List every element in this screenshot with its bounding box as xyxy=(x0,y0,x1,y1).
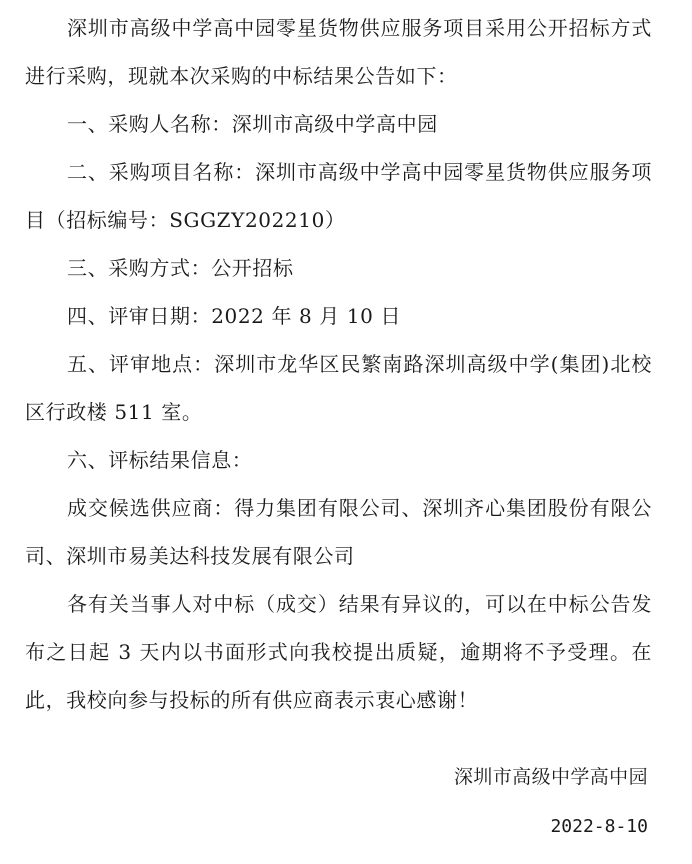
signature-date: 2022-8-10 xyxy=(550,815,648,839)
closing-paragraph: 各有关当事人对中标（成交）结果有异议的，可以在中标公告发布之日起 3 天内以书面… xyxy=(25,580,652,724)
item-method: 三、采购方式：公开招标 xyxy=(25,244,652,292)
item-result-heading: 六、评标结果信息： xyxy=(25,436,652,484)
item-review-date: 四、评审日期：2022 年 8 月 10 日 xyxy=(25,292,652,340)
item-review-location: 五、评审地点：深圳市龙华区民繁南路深圳高级中学(集团)北校区行政楼 511 室。 xyxy=(25,340,652,436)
signature-organization: 深圳市高级中学高中园 xyxy=(454,765,648,789)
intro-paragraph: 深圳市高级中学高中园零星货物供应服务项目采用公开招标方式进行采购，现就本次采购的… xyxy=(25,4,652,100)
item-purchaser: 一、采购人名称：深圳市高级中学高中园 xyxy=(25,100,652,148)
item-candidates: 成交候选供应商：得力集团有限公司、深圳齐心集团股份有限公司、深圳市易美达科技发展… xyxy=(25,484,652,580)
announcement-body: 深圳市高级中学高中园零星货物供应服务项目采用公开招标方式进行采购，现就本次采购的… xyxy=(25,4,652,724)
item-project-name: 二、采购项目名称：深圳市高级中学高中园零星货物供应服务项目（招标编号：SGGZY… xyxy=(25,148,652,244)
